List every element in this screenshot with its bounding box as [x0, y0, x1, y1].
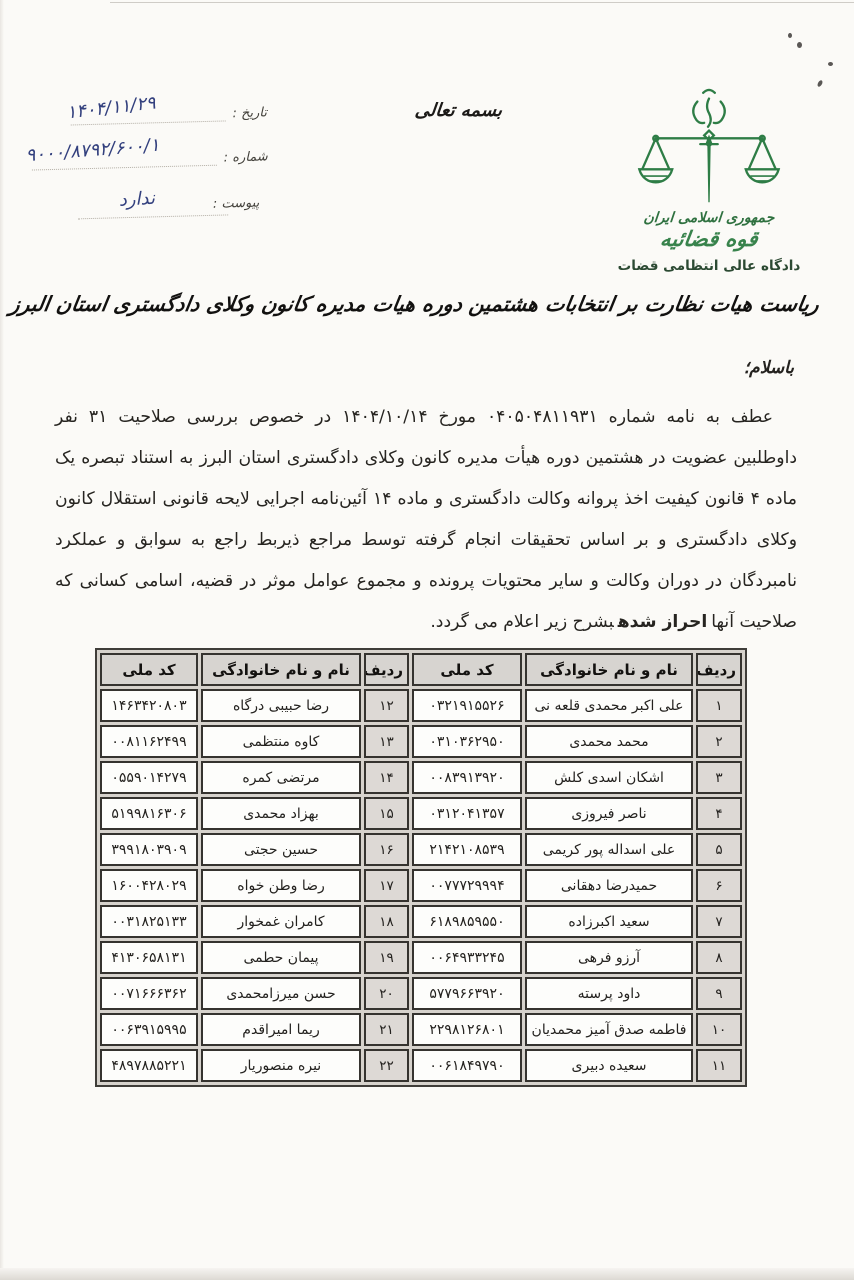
cell-no: ۱۰ — [696, 1013, 742, 1046]
col-header-code: کد ملی — [412, 653, 522, 686]
scan-artifact — [828, 62, 833, 66]
cell-no: ۱۲ — [364, 689, 409, 722]
scan-artifact — [788, 33, 792, 38]
body-text-part1: عطف به نامه شماره ۰۴۰۵۰۴۸۱۱۹۳۱ مورخ ۱۴۰۴… — [55, 407, 797, 632]
cell-code: ۱۶۰۰۴۲۸۰۲۹ — [100, 869, 198, 902]
table-row: ۸ آرزو فرهی ۰۰۶۴۹۳۳۲۴۵ ۱۹ پیمان حطمی ۴۱۳… — [100, 941, 742, 974]
cell-code: ۵۷۷۹۶۶۳۹۲۰ — [412, 977, 522, 1010]
table-header-row: ردیف نام و نام خانوادگی کد ملی ردیف نام … — [100, 653, 742, 686]
cell-name: فاطمه صدق آمیز محمدیان — [525, 1013, 693, 1046]
cell-code: ۲۲۹۸۱۲۶۸۰۱ — [412, 1013, 522, 1046]
cell-no: ۱۵ — [364, 797, 409, 830]
cell-code: ۴۱۳۰۶۵۸۱۳۱ — [100, 941, 198, 974]
cell-code: ۳۹۹۱۸۰۳۹۰۹ — [100, 833, 198, 866]
col-header-name: نام و نام خانوادگی — [201, 653, 361, 686]
cell-name: علی اسداله پور کریمی — [525, 833, 693, 866]
cell-no: ۳ — [696, 761, 742, 794]
table-row: ۳ اشکان اسدی کلش ۰۰۸۳۹۱۳۹۲۰ ۱۴ مرتضی کمر… — [100, 761, 742, 794]
scan-artifact — [0, 1268, 854, 1280]
letter-meta: ۱۴۰۴/۱۱/۲۹ تاریخ : ۹۰۰۰/۸۷۹۲/۶۰۰/۱ شماره… — [20, 92, 314, 250]
cell-name: ناصر فیروزی — [525, 797, 693, 830]
cell-name: حسین حجتی — [201, 833, 361, 866]
scanned-letter-page: ۱۴۰۴/۱۱/۲۹ تاریخ : ۹۰۰۰/۸۷۹۲/۶۰۰/۱ شماره… — [0, 0, 854, 1280]
date-label: تاریخ : — [232, 105, 267, 121]
cell-name: حمیدرضا دهقانی — [525, 869, 693, 902]
attachment-value-handwritten: ندارد — [118, 188, 155, 211]
cell-name: رضا وطن خواه — [201, 869, 361, 902]
cell-code: ۴۸۹۷۸۸۵۲۲۱ — [100, 1049, 198, 1082]
col-header-no: ردیف — [696, 653, 742, 686]
cell-no: ۸ — [696, 941, 742, 974]
cell-name: سعیده دبیری — [525, 1049, 693, 1082]
candidates-table: ردیف نام و نام خانوادگی کد ملی ردیف نام … — [95, 648, 747, 1087]
date-rule — [71, 120, 226, 125]
cell-code: ۶۱۸۹۸۵۹۵۵۰ — [412, 905, 522, 938]
cell-no: ۵ — [696, 833, 742, 866]
cell-no: ۱۴ — [364, 761, 409, 794]
cell-no: ۷ — [696, 905, 742, 938]
cell-name: حسن میرزامحمدی — [201, 977, 361, 1010]
cell-no: ۲۲ — [364, 1049, 409, 1082]
cell-name: رضا حبیبی درگاه — [201, 689, 361, 722]
table-row: ۲ محمد محمدی ۰۳۱۰۳۶۲۹۵۰ ۱۳ کاوه منتظمی ۰… — [100, 725, 742, 758]
cell-code: ۰۰۷۷۷۲۹۹۹۴ — [412, 869, 522, 902]
cell-code: ۰۰۳۱۸۲۵۱۳۳ — [100, 905, 198, 938]
judiciary-letterhead: جمهوری اسلامی ایران قوه قضائیه دادگاه عا… — [604, 88, 814, 274]
col-header-code: کد ملی — [100, 653, 198, 686]
col-header-no: ردیف — [364, 653, 409, 686]
cell-no: ۴ — [696, 797, 742, 830]
cell-no: ۱۳ — [364, 725, 409, 758]
table-row: ۷ سعید اکبرزاده ۶۱۸۹۸۵۹۵۵۰ ۱۸ کامران غمخ… — [100, 905, 742, 938]
scales-of-justice-icon — [636, 88, 782, 208]
table-row: ۵ علی اسداله پور کریمی ۲۱۴۲۱۰۸۵۳۹ ۱۶ حسی… — [100, 833, 742, 866]
cell-code: ۰۳۱۲۰۴۱۳۵۷ — [412, 797, 522, 830]
number-label: شماره : — [223, 149, 267, 165]
cell-no: ۱ — [696, 689, 742, 722]
cell-name: اشکان اسدی کلش — [525, 761, 693, 794]
cell-code: ۲۱۴۲۱۰۸۵۳۹ — [412, 833, 522, 866]
cell-name: سعید اکبرزاده — [525, 905, 693, 938]
table-row: ۱۰ فاطمه صدق آمیز محمدیان ۲۲۹۸۱۲۶۸۰۱ ۲۱ … — [100, 1013, 742, 1046]
country-name: جمهوری اسلامی ایران — [603, 210, 814, 226]
cell-code: ۰۰۶۳۹۱۵۹۹۵ — [100, 1013, 198, 1046]
letter-body: عطف به نامه شماره ۰۴۰۵۰۴۸۱۱۹۳۱ مورخ ۱۴۰۴… — [55, 397, 797, 643]
cell-name: مرتضی کمره — [201, 761, 361, 794]
besmellah-text: بسمه تعالی — [414, 100, 503, 121]
cell-name: علی اکبر محمدی قلعه نی — [525, 689, 693, 722]
number-value-handwritten: ۹۰۰۰/۸۷۹۲/۶۰۰/۱ — [25, 135, 160, 166]
body-text-part2: بشرح زیر اعلام می گردد. — [430, 612, 613, 632]
cell-code: ۰۳۱۰۳۶۲۹۵۰ — [412, 725, 522, 758]
date-value-handwritten: ۱۴۰۴/۱۱/۲۹ — [65, 92, 156, 123]
cell-name: پیمان حطمی — [201, 941, 361, 974]
cell-no: ۱۷ — [364, 869, 409, 902]
judiciary-name: قوه قضائیه — [602, 227, 815, 251]
scan-artifact — [797, 42, 802, 48]
cell-no: ۲۰ — [364, 977, 409, 1010]
cell-name: نیره منصوریار — [201, 1049, 361, 1082]
cell-name: محمد محمدی — [525, 725, 693, 758]
cell-code: ۰۰۶۱۸۴۹۷۹۰ — [412, 1049, 522, 1082]
table-row: ۱ علی اکبر محمدی قلعه نی ۰۳۲۱۹۱۵۵۲۶ ۱۲ ر… — [100, 689, 742, 722]
scan-artifact — [0, 0, 4, 1280]
cell-code: ۰۰۸۱۱۶۲۴۹۹ — [100, 725, 198, 758]
cell-no: ۲۱ — [364, 1013, 409, 1046]
number-rule — [32, 165, 217, 171]
cell-code: ۵۱۹۹۸۱۶۳۰۶ — [100, 797, 198, 830]
scan-artifact — [110, 2, 854, 3]
cell-no: ۱۱ — [696, 1049, 742, 1082]
cell-name: بهزاد محمدی — [201, 797, 361, 830]
cell-no: ۶ — [696, 869, 742, 902]
cell-name: آرزو فرهی — [525, 941, 693, 974]
cell-name: کامران غمخوار — [201, 905, 361, 938]
attachment-rule — [78, 214, 228, 219]
cell-name: ریما امیراقدم — [201, 1013, 361, 1046]
cell-code: ۰۰۷۱۶۶۶۳۶۲ — [100, 977, 198, 1010]
cell-code: ۰۰۸۳۹۱۳۹۲۰ — [412, 761, 522, 794]
table-row: ۹ داود پرسته ۵۷۷۹۶۶۳۹۲۰ ۲۰ حسن میرزامحمد… — [100, 977, 742, 1010]
salutation: باسلام؛ — [744, 358, 794, 378]
cell-no: ۲ — [696, 725, 742, 758]
attachment-label: پیوست : — [213, 196, 260, 212]
table-row: ۴ ناصر فیروزی ۰۳۱۲۰۴۱۳۵۷ ۱۵ بهزاد محمدی … — [100, 797, 742, 830]
cell-name: کاوه منتظمی — [201, 725, 361, 758]
court-name: دادگاه عالی انتظامی قضات — [604, 258, 814, 274]
scan-artifact — [817, 79, 824, 87]
cell-code: ۱۴۶۳۴۲۰۸۰۳ — [100, 689, 198, 722]
letter-title: ریاست هیات نظارت بر انتخابات هشتمین دوره… — [13, 292, 821, 316]
cell-no: ۱۹ — [364, 941, 409, 974]
table-row: ۱۱ سعیده دبیری ۰۰۶۱۸۴۹۷۹۰ ۲۲ نیره منصوری… — [100, 1049, 742, 1082]
cell-no: ۹ — [696, 977, 742, 1010]
cell-name: داود پرسته — [525, 977, 693, 1010]
cell-code: ۰۵۵۹۰۱۴۲۷۹ — [100, 761, 198, 794]
cell-no: ۱۶ — [364, 833, 409, 866]
cell-code: ۰۳۲۱۹۱۵۵۲۶ — [412, 689, 522, 722]
cell-no: ۱۸ — [364, 905, 409, 938]
col-header-name: نام و نام خانوادگی — [525, 653, 693, 686]
cell-code: ۰۰۶۴۹۳۳۲۴۵ — [412, 941, 522, 974]
table-row: ۶ حمیدرضا دهقانی ۰۰۷۷۷۲۹۹۹۴ ۱۷ رضا وطن خ… — [100, 869, 742, 902]
body-bold-phrase: احراز شده — [618, 612, 708, 632]
